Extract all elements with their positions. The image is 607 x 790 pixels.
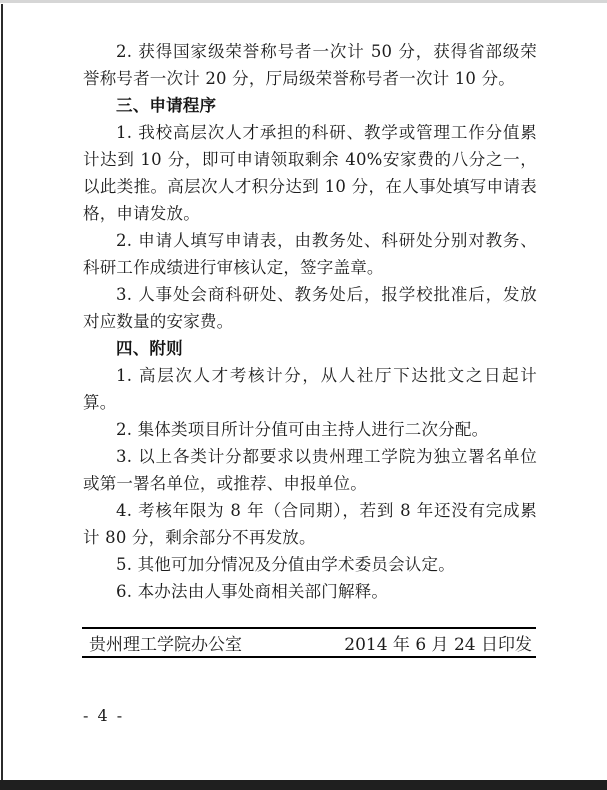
section-heading: 四、附则 xyxy=(83,335,537,362)
print-date: 2014 年 6 月 24 日印发 xyxy=(344,630,532,655)
issuing-office: 贵州理工学院办公室 xyxy=(89,630,242,655)
doc-paragraph: 2. 获得国家级荣誉称号者一次计 50 分，获得省部级荣誉称号者一次计 20 分… xyxy=(83,38,537,92)
document-body: 2. 获得国家级荣誉称号者一次计 50 分，获得省部级荣誉称号者一次计 20 分… xyxy=(83,38,537,605)
doc-paragraph: 1. 我校高层次人才承担的科研、教学或管理工作分值累计达到 10 分，即可申请领… xyxy=(83,119,537,227)
page-number: - 4 - xyxy=(83,706,124,725)
doc-paragraph: 6. 本办法由人事处商相关部门解释。 xyxy=(83,578,537,605)
scan-edge-bottom xyxy=(0,780,607,790)
scan-edge-left xyxy=(1,4,3,790)
doc-paragraph: 2. 申请人填写申请表，由教务处、科研处分别对教务、科研工作成绩进行审核认定，签… xyxy=(83,227,537,281)
doc-paragraph: 3. 以上各类计分都要求以贵州理工学院为独立署名单位或第一署名单位，或推荐、申报… xyxy=(83,443,537,497)
doc-paragraph: 5. 其他可加分情况及分值由学术委员会认定。 xyxy=(83,551,537,578)
colophon: 贵州理工学院办公室 2014 年 6 月 24 日印发 xyxy=(82,627,536,658)
doc-paragraph: 3. 人事处会商科研处、教务处后，报学校批准后，发放对应数量的安家费。 xyxy=(83,281,537,335)
doc-paragraph: 2. 集体类项目所计分值可由主持人进行二次分配。 xyxy=(83,416,537,443)
document-page: 2. 获得国家级荣誉称号者一次计 50 分，获得省部级荣誉称号者一次计 20 分… xyxy=(0,0,607,790)
doc-paragraph: 1. 高层次人才考核计分，从人社厅下达批文之日起计算。 xyxy=(83,362,537,416)
section-heading: 三、申请程序 xyxy=(83,92,537,119)
doc-paragraph: 4. 考核年限为 8 年（合同期），若到 8 年还没有完成累计 80 分，剩余部… xyxy=(83,497,537,551)
scan-edge-top xyxy=(0,0,607,3)
